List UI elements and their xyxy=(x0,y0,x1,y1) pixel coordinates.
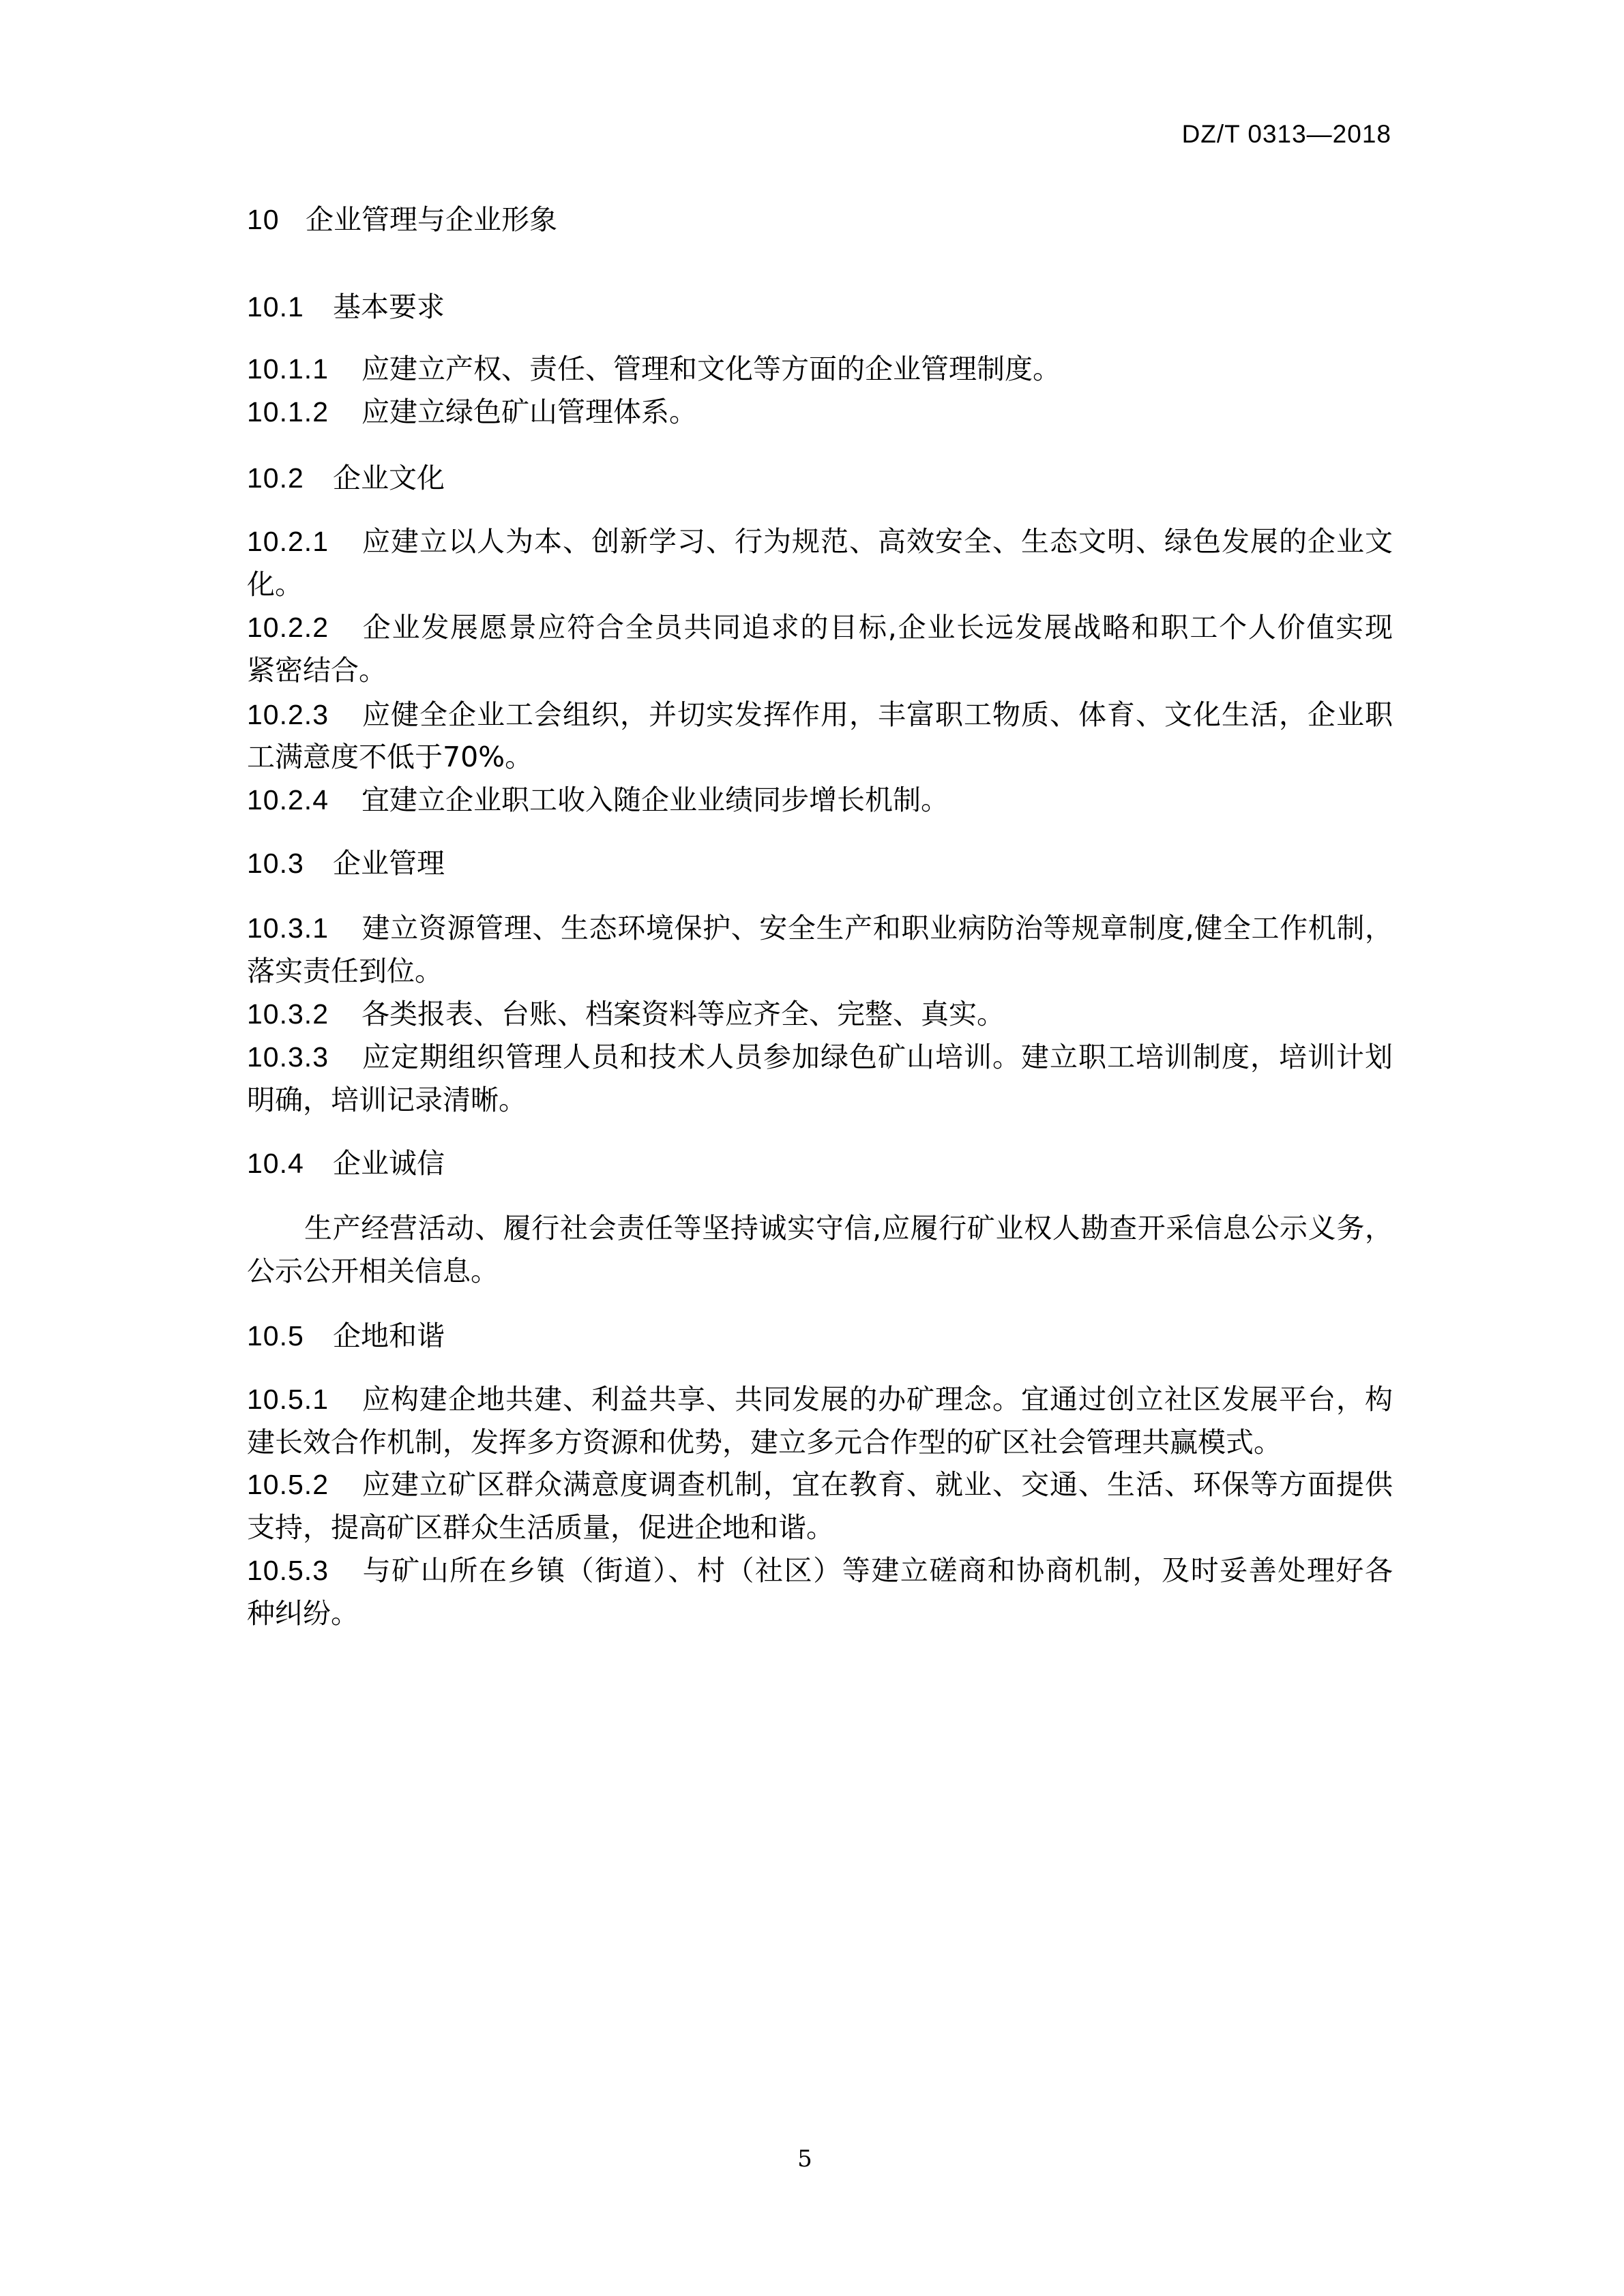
clause-text: 应定期组织管理人员和技术人员参加绿色矿山培训。建立职工培训制度，培训计划 xyxy=(361,1041,1393,1073)
subsection-heading-10-5: 10.5企地和谐 xyxy=(247,1320,1393,1352)
clause-text: 建立资源管理、生态环境保护、安全生产和职业病防治等规章制度,健全工作机制， xyxy=(361,912,1393,944)
clause-text: 应建立绿色矿山管理体系。 xyxy=(361,396,697,428)
clause-10-3-1-continuation: 落实责任到位。 xyxy=(247,955,1393,987)
subsection-heading-10-3: 10.3企业管理 xyxy=(247,848,1393,879)
clause-10-5-1: 10.5.1应构建企地共建、利益共享、共同发展的办矿理念。宜通过创立社区发展平台… xyxy=(247,1384,1393,1415)
clause-10-2-3: 10.2.3应健全企业工会组织，并切实发挥作用，丰富职工物质、体育、文化生活，企… xyxy=(247,699,1393,730)
clause-10-2-1: 10.2.1应建立以人为本、创新学习、行为规范、高效安全、生态文明、绿色发展的企… xyxy=(247,526,1393,557)
clause-text: 各类报表、台账、档案资料等应齐全、完整、真实。 xyxy=(361,998,1005,1030)
standard-code-header: DZ/T 0313—2018 xyxy=(1153,120,1391,149)
clause-number: 10.2.4 xyxy=(247,784,361,816)
clause-10-3-3-continuation: 明确，培训记录清晰。 xyxy=(247,1084,1393,1116)
clause-10-2-2-continuation: 紧密结合。 xyxy=(247,655,1393,686)
clause-10-2-2: 10.2.2企业发展愿景应符合全员共同追求的目标,企业长远发展战略和职工个人价值… xyxy=(247,612,1393,643)
clause-number: 10.5.2 xyxy=(247,1469,361,1500)
clause-text: 应构建企地共建、利益共享、共同发展的办矿理念。宜通过创立社区发展平台，构 xyxy=(361,1383,1393,1416)
section-heading: 10企业管理与企业形象 xyxy=(247,204,1393,235)
clause-10-5-3-continuation: 种纠纷。 xyxy=(247,1598,1393,1629)
subsection-title: 企业文化 xyxy=(333,462,445,494)
clause-number: 10.2.1 xyxy=(247,526,361,557)
clause-text: 应健全企业工会组织，并切实发挥作用，丰富职工物质、体育、文化生活，企业职 xyxy=(361,698,1393,731)
paragraph-10-4: 生产经营活动、履行社会责任等坚持诚实守信,应履行矿业权人勘查开采信息公示义务， xyxy=(247,1212,1393,1244)
clause-number: 10.1.2 xyxy=(247,396,361,428)
clause-number: 10.5.3 xyxy=(247,1555,361,1586)
subsection-heading-10-2: 10.2企业文化 xyxy=(247,462,1393,494)
clause-number: 10.3.2 xyxy=(247,998,361,1030)
paragraph-10-4-continuation: 公示公开相关信息。 xyxy=(247,1255,1393,1287)
subsection-title: 企地和谐 xyxy=(333,1320,445,1352)
clause-10-2-1-continuation: 化。 xyxy=(247,569,1393,600)
subsection-number: 10.4 xyxy=(247,1148,333,1179)
subsection-number: 10.3 xyxy=(247,848,333,879)
subsection-title: 企业诚信 xyxy=(333,1147,445,1180)
clause-text: 企业发展愿景应符合全员共同追求的目标,企业长远发展战略和职工个人价值实现 xyxy=(361,611,1393,644)
clause-number: 10.2.2 xyxy=(247,612,361,643)
clause-number: 10.2.3 xyxy=(247,699,361,730)
subsection-title: 基本要求 xyxy=(333,290,445,323)
subsection-number: 10.2 xyxy=(247,462,333,494)
clause-10-5-3: 10.5.3与矿山所在乡镇（街道）、村（社区）等建立磋商和协商机制，及时妥善处理… xyxy=(247,1555,1393,1586)
clause-text: 应建立产权、责任、管理和文化等方面的企业管理制度。 xyxy=(361,353,1061,385)
clause-10-3-1: 10.3.1建立资源管理、生态环境保护、安全生产和职业病防治等规章制度,健全工作… xyxy=(247,912,1393,944)
clause-10-2-4: 10.2.4宜建立企业职工收入随企业业绩同步增长机制。 xyxy=(247,784,1393,816)
clause-text: 应建立以人为本、创新学习、行为规范、高效安全、生态文明、绿色发展的企业文 xyxy=(361,525,1393,558)
subsection-heading-10-4: 10.4企业诚信 xyxy=(247,1148,1393,1179)
clause-text: 宜建立企业职工收入随企业业绩同步增长机制。 xyxy=(361,784,949,816)
clause-10-1-2: 10.1.2应建立绿色矿山管理体系。 xyxy=(247,396,1393,428)
subsection-number: 10.5 xyxy=(247,1320,333,1352)
clause-10-5-2: 10.5.2应建立矿区群众满意度调查机制，宜在教育、就业、交通、生活、环保等方面… xyxy=(247,1469,1393,1500)
clause-10-2-3-continuation: 工满意度不低于70%。 xyxy=(247,741,1393,773)
subsection-number: 10.1 xyxy=(247,291,333,323)
section-title: 企业管理与企业形象 xyxy=(306,203,557,236)
document-page: DZ/T 0313—2018 10企业管理与企业形象 10.1基本要求 10.1… xyxy=(0,0,1624,2296)
section-number: 10 xyxy=(247,204,306,235)
clause-text: 与矿山所在乡镇（街道）、村（社区）等建立磋商和协商机制，及时妥善处理好各 xyxy=(361,1554,1393,1587)
clause-10-1-1: 10.1.1应建立产权、责任、管理和文化等方面的企业管理制度。 xyxy=(247,353,1393,385)
clause-10-5-1-continuation: 建长效合作机制，发挥多方资源和优势，建立多元合作型的矿区社会管理共赢模式。 xyxy=(247,1427,1393,1458)
clause-10-5-2-continuation: 支持，提高矿区群众生活质量，促进企地和谐。 xyxy=(247,1512,1393,1543)
clause-10-3-3: 10.3.3应定期组织管理人员和技术人员参加绿色矿山培训。建立职工培训制度，培训… xyxy=(247,1041,1393,1073)
subsection-title: 企业管理 xyxy=(333,847,445,880)
clause-number: 10.3.1 xyxy=(247,912,361,944)
clause-number: 10.5.1 xyxy=(247,1384,361,1415)
subsection-heading-10-1: 10.1基本要求 xyxy=(247,291,1393,323)
clause-number: 10.3.3 xyxy=(247,1041,361,1073)
clause-text: 应建立矿区群众满意度调查机制，宜在教育、就业、交通、生活、环保等方面提供 xyxy=(361,1468,1393,1501)
clause-number: 10.1.1 xyxy=(247,353,361,385)
page-number: 5 xyxy=(784,2145,825,2173)
clause-10-3-2: 10.3.2各类报表、台账、档案资料等应齐全、完整、真实。 xyxy=(247,998,1393,1030)
